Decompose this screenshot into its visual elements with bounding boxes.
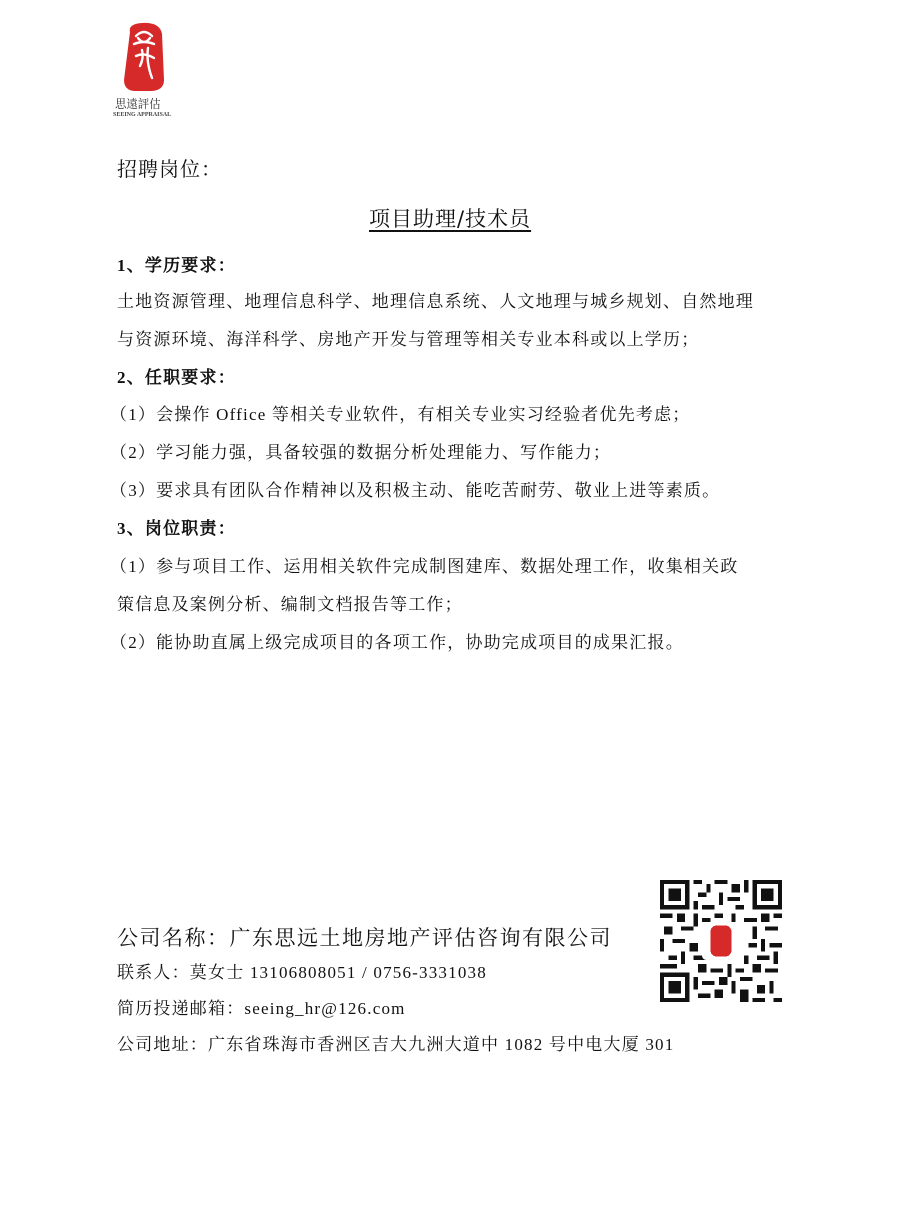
recruitment-page: 思遠評估 SEEING APPRAISAL 招聘岗位： 项目助理/技术员 1、学… bbox=[0, 0, 916, 1222]
job-title: 项目助理/技术员 bbox=[369, 206, 531, 232]
education-line: 土地资源管理、地理信息科学、地理信息系统、人文地理与城乡规划、自然地理 bbox=[117, 292, 754, 312]
resume-email: 简历投递邮箱：seeing_hr@126.com bbox=[117, 999, 406, 1019]
duty-item-continued: 策信息及案例分析、编制文档报告等工作； bbox=[117, 595, 463, 615]
requirement-item: （1）会操作 Office 等相关专业软件，有相关专业实习经验者优先考虑； bbox=[110, 405, 691, 425]
seal-icon bbox=[122, 22, 166, 92]
requirements-heading: 2、任职要求： bbox=[117, 368, 236, 388]
section-label: 招聘岗位： bbox=[117, 157, 222, 181]
duty-item: （2）能协助直属上级完成项目的各项工作，协助完成项目的成果汇报。 bbox=[110, 633, 684, 653]
company-address: 公司地址：广东省珠海市香洲区吉大九洲大道中 1082 号中电大厦 301 bbox=[117, 1035, 674, 1055]
logo-chinese-name: 思遠評估 bbox=[115, 95, 161, 112]
company-name: 公司名称：广东思远土地房地产评估咨询有限公司 bbox=[117, 925, 612, 951]
qr-code-icon bbox=[657, 880, 785, 1002]
education-heading: 1、学历要求： bbox=[117, 256, 236, 276]
company-logo: 思遠評估 SEEING APPRAISAL bbox=[112, 22, 182, 124]
duty-item: （1）参与项目工作、运用相关软件完成制图建库、数据处理工作，收集相关政 bbox=[110, 557, 739, 577]
education-line: 与资源环境、海洋科学、房地产开发与管理等相关专业本科或以上学历； bbox=[117, 330, 699, 350]
requirement-item: （2）学习能力强，具备较强的数据分析处理能力、写作能力； bbox=[110, 443, 611, 463]
requirement-item: （3）要求具有团队合作精神以及积极主动、能吃苦耐劳、敬业上进等素质。 bbox=[110, 481, 720, 501]
duties-heading: 3、岗位职责： bbox=[117, 519, 236, 539]
contact-person: 联系人：莫女士 13106808051 / 0756-3331038 bbox=[117, 963, 487, 983]
logo-english-name: SEEING APPRAISAL bbox=[113, 112, 171, 118]
